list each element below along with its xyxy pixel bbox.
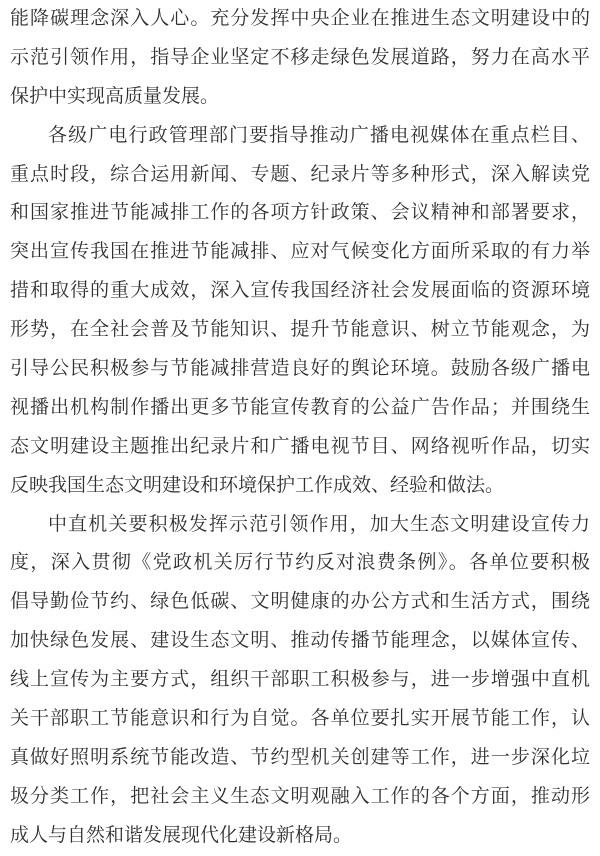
- text-line: 重点时段，综合运用新闻、专题、纪录片等多种形式，深入解读党: [10, 156, 590, 195]
- text-line: 能降碳理念深入人心。充分发挥中央企业在推进生态文明建设中的: [10, 0, 590, 39]
- text-line: 度，深入贯彻《党政机关厉行节约反对浪费条例》。各单位要积极: [10, 544, 590, 583]
- text-line: 中直机关要积极发挥示范引领作用，加大生态文明建设宣传力: [10, 506, 590, 545]
- text-line: 线上宣传为主要方式，组织干部职工积极参与，进一步增强中直机: [10, 661, 590, 700]
- text-line: 形势，在全社会普及节能知识、提升节能意识、树立节能观念，为: [10, 311, 590, 350]
- text-line: 视播出机构制作播出更多节能宣传教育的公益广告作品；并围绕生: [10, 389, 590, 428]
- text-line: 真做好照明系统节能改造、节约型机关创建等工作，进一步深化垃: [10, 739, 590, 778]
- text-line: 引导公民积极参与节能减排营造良好的舆论环境。鼓励各级广播电: [10, 350, 590, 389]
- text-line: 反映我国生态文明建设和环境保护工作成效、经验和做法。: [10, 467, 590, 506]
- text-line: 突出宣传我国在推进节能减排、应对气候变化方面所采取的有力举: [10, 233, 590, 272]
- text-line: 和国家推进节能减排工作的各项方针政策、会议精神和部署要求，: [10, 194, 590, 233]
- text-line: 保护中实现高质量发展。: [10, 78, 590, 117]
- text-line: 成人与自然和谐发展现代化建设新格局。: [10, 817, 590, 856]
- text-line: 态文明建设主题推出纪录片和广播电视节目、网络视听作品，切实: [10, 428, 590, 467]
- document-page: 能降碳理念深入人心。充分发挥中央企业在推进生态文明建设中的示范引领作用，指导企业…: [0, 0, 600, 856]
- paragraph: 各级广电行政管理部门要指导推动广播电视媒体在重点栏目、重点时段，综合运用新闻、专…: [10, 117, 590, 506]
- text-line: 关干部职工节能意识和行为自觉。各单位要扎实开展节能工作，认: [10, 700, 590, 739]
- paragraph: 能降碳理念深入人心。充分发挥中央企业在推进生态文明建设中的示范引领作用，指导企业…: [10, 0, 590, 117]
- paragraph: 中直机关要积极发挥示范引领作用，加大生态文明建设宣传力度，深入贯彻《党政机关厉行…: [10, 506, 590, 856]
- text-line: 措和取得的重大成效，深入宣传我国经济社会发展面临的资源环境: [10, 272, 590, 311]
- text-line: 各级广电行政管理部门要指导推动广播电视媒体在重点栏目、: [10, 117, 590, 156]
- text-line: 加快绿色发展、建设生态文明、推动传播节能理念，以媒体宣传、: [10, 622, 590, 661]
- text-line: 倡导勤俭节约、绿色低碳、文明健康的办公方式和生活方式，围绕: [10, 583, 590, 622]
- text-line: 圾分类工作，把社会主义生态文明观融入工作的各个方面，推动形: [10, 778, 590, 817]
- text-line: 示范引领作用，指导企业坚定不移走绿色发展道路，努力在高水平: [10, 39, 590, 78]
